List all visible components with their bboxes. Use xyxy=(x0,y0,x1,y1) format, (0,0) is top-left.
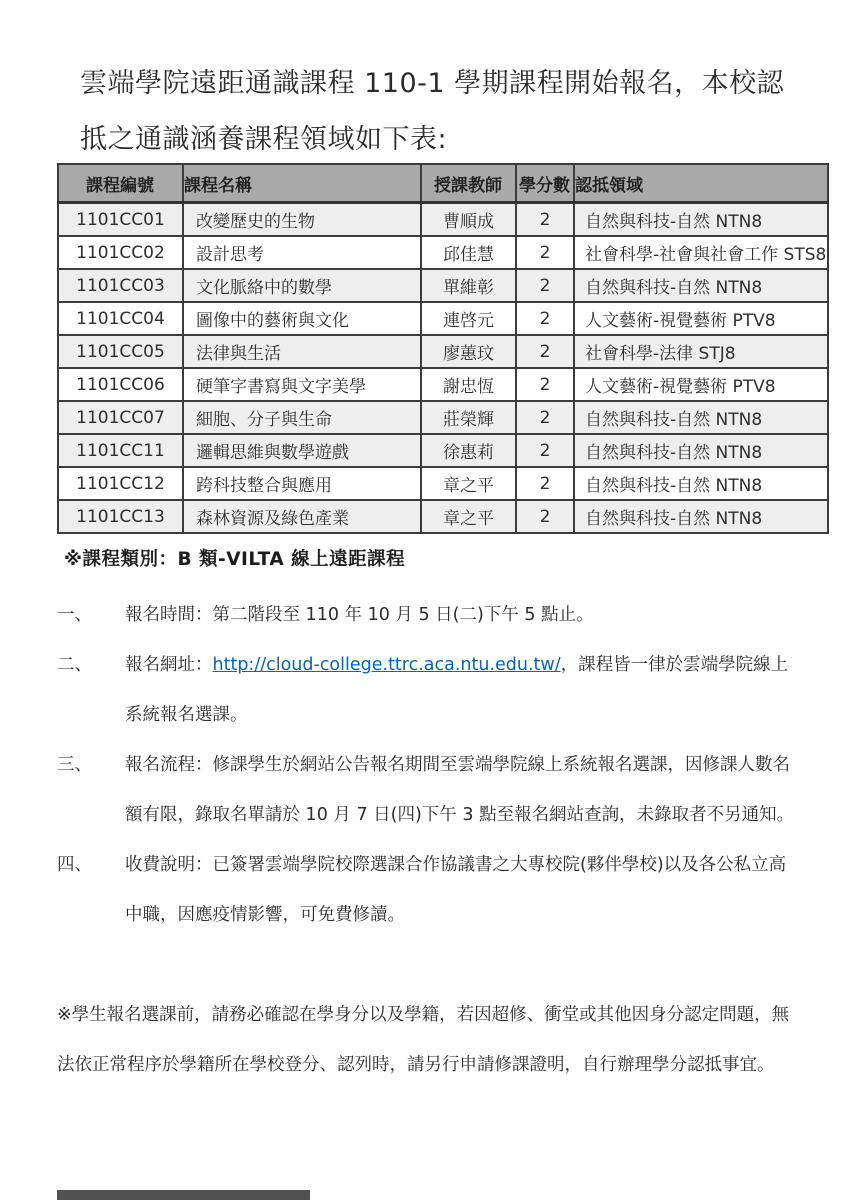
cell-teacher: 單維彰 xyxy=(421,269,516,302)
cell-name: 文化脈絡中的數學 xyxy=(183,269,421,302)
cell-credits: 2 xyxy=(516,401,574,434)
list-item-1: 一、報名時間：第二階段至 110 年 10 月 5 日(二)下午 5 點止。 xyxy=(57,590,795,640)
table-row: 1101CC03文化脈絡中的數學單維彰2自然與科技-自然 NTN8 xyxy=(58,269,828,302)
column-header: 課程名稱 xyxy=(183,164,421,203)
list-item-content: 報名網址：http://cloud-college.ttrc.aca.ntu.e… xyxy=(125,640,795,740)
cell-name: 跨科技整合與應用 xyxy=(183,467,421,500)
list-item-text: 報名時間：第二階段至 110 年 10 月 5 日(二)下午 5 點止。 xyxy=(125,605,594,625)
table-row: 1101CC11邏輯思維與數學遊戲徐惠莉2自然與科技-自然 NTN8 xyxy=(58,434,828,467)
cell-credits: 2 xyxy=(516,467,574,500)
list-item-3: 三、報名流程：修課學生於網站公告報名期間至雲端學院線上系統報名選課，因修課人數名… xyxy=(57,740,795,840)
category-note: ※課程類別：B 類-VILTA 線上遠距課程 xyxy=(64,545,794,571)
list-item-number: 二、 xyxy=(57,640,125,740)
cell-credits: 2 xyxy=(516,269,574,302)
column-header: 認抵領域 xyxy=(574,164,828,203)
course-table-body: 1101CC01改變歷史的生物曹順成2自然與科技-自然 NTN81101CC02… xyxy=(58,203,828,534)
table-row: 1101CC02設計思考邱佳慧2社會科學-社會與社會工作 STS8 xyxy=(58,236,828,269)
list-item-text: 收費說明：已簽署雲端學院校際選課合作協議書之大專校院(夥伴學校)以及各公私立高中… xyxy=(125,855,786,925)
cell-name: 邏輯思維與數學遊戲 xyxy=(183,434,421,467)
table-row: 1101CC01改變歷史的生物曹順成2自然與科技-自然 NTN8 xyxy=(58,203,828,237)
cell-domain: 自然與科技-自然 NTN8 xyxy=(574,434,828,467)
cell-code: 1101CC02 xyxy=(58,236,183,269)
cell-credits: 2 xyxy=(516,236,574,269)
cell-domain: 自然與科技-自然 NTN8 xyxy=(574,203,828,237)
cell-code: 1101CC01 xyxy=(58,203,183,237)
cell-code: 1101CC07 xyxy=(58,401,183,434)
cell-teacher: 連啓元 xyxy=(421,302,516,335)
table-row: 1101CC13森林資源及綠色產業章之平2自然與科技-自然 NTN8 xyxy=(58,500,828,533)
cell-domain: 社會科學-社會與社會工作 STS8 xyxy=(574,236,828,269)
cell-name: 細胞、分子與生命 xyxy=(183,401,421,434)
cell-domain: 自然與科技-自然 NTN8 xyxy=(574,401,828,434)
cell-credits: 2 xyxy=(516,302,574,335)
cell-code: 1101CC06 xyxy=(58,368,183,401)
cell-name: 改變歷史的生物 xyxy=(183,203,421,237)
list-item-content: 報名流程：修課學生於網站公告報名期間至雲端學院線上系統報名選課，因修課人數名額有… xyxy=(125,740,795,840)
cell-code: 1101CC04 xyxy=(58,302,183,335)
cell-domain: 社會科學-法律 STJ8 xyxy=(574,335,828,368)
cell-code: 1101CC03 xyxy=(58,269,183,302)
cell-credits: 2 xyxy=(516,368,574,401)
list-item-text: 報名流程：修課學生於網站公告報名期間至雲端學院線上系統報名選課，因修課人數名額有… xyxy=(125,755,794,825)
cell-domain: 自然與科技-自然 NTN8 xyxy=(574,500,828,533)
cell-credits: 2 xyxy=(516,500,574,533)
list-item-content: 報名時間：第二階段至 110 年 10 月 5 日(二)下午 5 點止。 xyxy=(125,590,795,640)
list-item-number: 三、 xyxy=(57,740,125,840)
document-page: 雲端學院遠距通識課程 110-1 學期課程開始報名，本校認抵之通識涵養課程領域如… xyxy=(0,0,849,1200)
footnote-paragraph: ※學生報名選課前，請務必確認在學身分以及學籍，若因超修、衝堂或其他因身分認定問題… xyxy=(57,990,795,1090)
cell-teacher: 廖蕙玟 xyxy=(421,335,516,368)
header-row: 課程編號課程名稱授課教師學分數認抵領域 xyxy=(58,164,828,203)
cell-name: 森林資源及綠色產業 xyxy=(183,500,421,533)
cell-credits: 2 xyxy=(516,203,574,237)
course-table-wrap: 課程編號課程名稱授課教師學分數認抵領域 1101CC01改變歷史的生物曹順成2自… xyxy=(57,163,829,534)
cell-teacher: 謝忠恆 xyxy=(421,368,516,401)
table-row: 1101CC12跨科技整合與應用章之平2自然與科技-自然 NTN8 xyxy=(58,467,828,500)
table-row: 1101CC06硬筆字書寫與文字美學謝忠恆2人文藝術-視覺藝術 PTV8 xyxy=(58,368,828,401)
cell-code: 1101CC13 xyxy=(58,500,183,533)
course-table: 課程編號課程名稱授課教師學分數認抵領域 1101CC01改變歷史的生物曹順成2自… xyxy=(57,163,829,534)
cell-name: 設計思考 xyxy=(183,236,421,269)
list-item-number: 四、 xyxy=(57,840,125,940)
cell-teacher: 莊榮輝 xyxy=(421,401,516,434)
cell-code: 1101CC11 xyxy=(58,434,183,467)
intro-paragraph: 雲端學院遠距通識課程 110-1 學期課程開始報名，本校認抵之通識涵養課程領域如… xyxy=(80,56,802,168)
cell-teacher: 徐惠莉 xyxy=(421,434,516,467)
cell-teacher: 邱佳慧 xyxy=(421,236,516,269)
cell-name: 硬筆字書寫與文字美學 xyxy=(183,368,421,401)
cell-domain: 人文藝術-視覺藝術 PTV8 xyxy=(574,368,828,401)
cell-credits: 2 xyxy=(516,434,574,467)
next-page-edge xyxy=(57,1190,310,1200)
cell-domain: 自然與科技-自然 NTN8 xyxy=(574,467,828,500)
list-item-2: 二、報名網址：http://cloud-college.ttrc.aca.ntu… xyxy=(57,640,795,740)
list-item-number: 一、 xyxy=(57,590,125,640)
list-item-4: 四、收費說明：已簽署雲端學院校際選課合作協議書之大專校院(夥伴學校)以及各公私立… xyxy=(57,840,795,940)
course-table-head: 課程編號課程名稱授課教師學分數認抵領域 xyxy=(58,164,828,203)
cell-domain: 人文藝術-視覺藝術 PTV8 xyxy=(574,302,828,335)
column-header: 授課教師 xyxy=(421,164,516,203)
list-item-text: 報名網址： xyxy=(125,655,213,675)
table-row: 1101CC05法律與生活廖蕙玟2社會科學-法律 STJ8 xyxy=(58,335,828,368)
cell-name: 法律與生活 xyxy=(183,335,421,368)
column-header: 學分數 xyxy=(516,164,574,203)
cell-teacher: 曹順成 xyxy=(421,203,516,237)
cell-code: 1101CC12 xyxy=(58,467,183,500)
cell-credits: 2 xyxy=(516,335,574,368)
table-row: 1101CC04圖像中的藝術與文化連啓元2人文藝術-視覺藝術 PTV8 xyxy=(58,302,828,335)
list-item-content: 收費說明：已簽署雲端學院校際選課合作協議書之大專校院(夥伴學校)以及各公私立高中… xyxy=(125,840,795,940)
registration-url-link[interactable]: http://cloud-college.ttrc.aca.ntu.edu.tw… xyxy=(213,655,561,675)
cell-name: 圖像中的藝術與文化 xyxy=(183,302,421,335)
column-header: 課程編號 xyxy=(58,164,183,203)
numbered-list: 一、報名時間：第二階段至 110 年 10 月 5 日(二)下午 5 點止。二、… xyxy=(57,590,795,940)
cell-teacher: 章之平 xyxy=(421,467,516,500)
cell-domain: 自然與科技-自然 NTN8 xyxy=(574,269,828,302)
table-row: 1101CC07細胞、分子與生命莊榮輝2自然與科技-自然 NTN8 xyxy=(58,401,828,434)
cell-teacher: 章之平 xyxy=(421,500,516,533)
cell-code: 1101CC05 xyxy=(58,335,183,368)
